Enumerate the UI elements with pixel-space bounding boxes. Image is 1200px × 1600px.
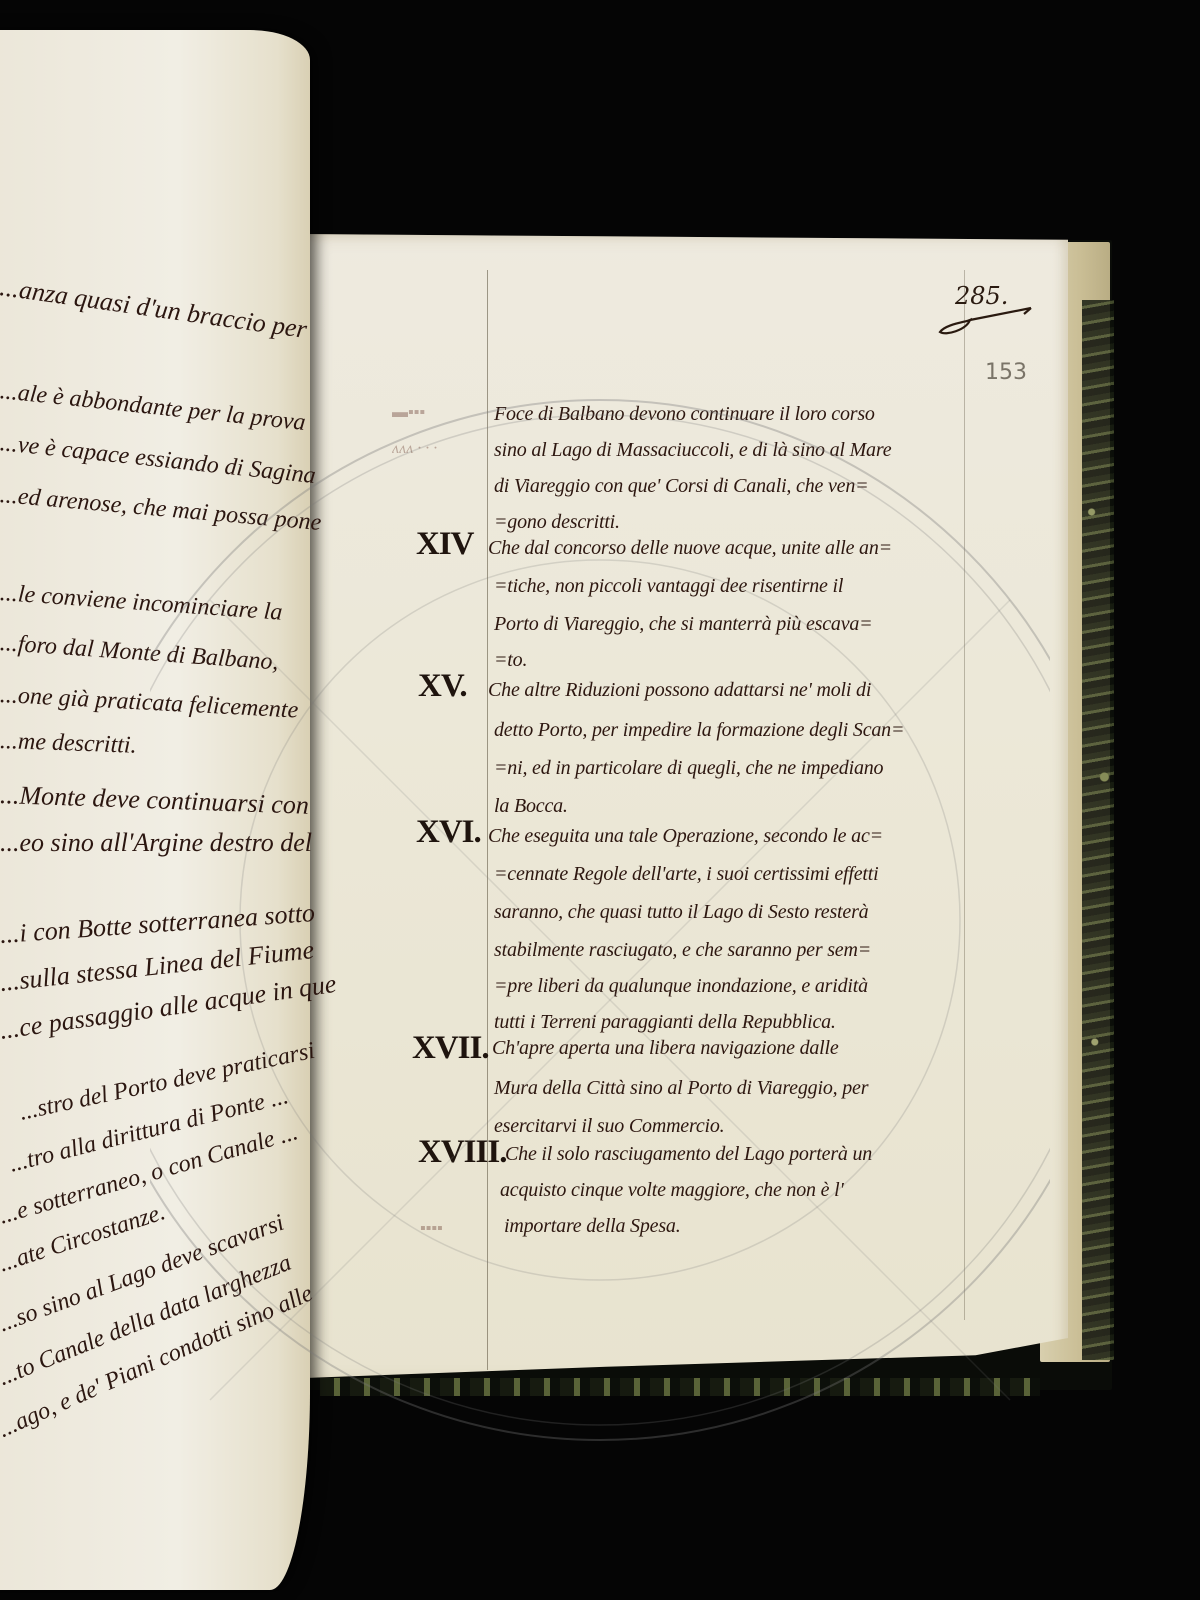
bleed-through-mark: ʌʌʌ · · · [392,440,437,458]
article-line: Ch'apre aperta una libera navigazione da… [492,1030,839,1066]
article-line: importare della Spesa. [504,1208,681,1244]
article-line: Porto di Viareggio, che si manterrà più … [494,606,872,642]
left-page-line: ...eo sino all'Argine destro del [0,828,312,858]
article-line: =cennate Regole dell'arte, i suoi certis… [494,856,879,892]
article-line: =tiche, non piccoli vantaggi dee risenti… [494,568,843,604]
article-line: Che il solo rasciugamento del Lago porte… [505,1136,872,1172]
opening-line: sino al Lago di Massaciuccoli, e di là s… [494,432,891,468]
article-line: Che eseguita una tale Operazione, second… [488,818,883,854]
article-numeral-xvi: XVI. [416,814,481,851]
article-line: detto Porto, per impedire la formazione … [494,712,904,748]
article-line: =pre liberi da qualunque inondazione, e … [494,968,868,1004]
article-line: =ni, ed in particolare di quegli, che ne… [494,750,883,786]
article-line: Mura della Città sino al Porto di Viareg… [494,1070,868,1106]
article-line: acquisto cinque volte maggiore, che non … [500,1172,844,1208]
article-numeral-xviii: XVIII. [418,1134,506,1171]
marbled-cover-edge-right [1082,300,1114,1360]
article-numeral-xv: XV. [418,668,467,705]
article-numeral-xiv: XIV [416,526,474,563]
article-line: saranno, che quasi tutto il Lago di Sest… [494,894,868,930]
opening-line: di Viareggio con que' Corsi di Canali, c… [494,468,868,504]
bleed-through-mark: ▪▪▪▪ [420,1220,443,1238]
article-line: Che altre Riduzioni possono adattarsi ne… [488,672,871,708]
left-page-line: ...me descritti. [0,728,137,760]
opening-line: Foce di Balbano devono continuare il lor… [494,396,875,432]
article-line: stabilmente rasciugato, e che saranno pe… [494,932,871,968]
marbled-cover-edge-bottom [320,1378,1040,1396]
folio-number-pencil: 153 [985,360,1027,385]
margin-rule-right [964,270,965,1320]
article-numeral-xvii: XVII. [412,1030,489,1067]
bleed-through-mark: ▬▪▪▪ [392,404,425,422]
article-line: Che dal concorso delle nuove acque, unit… [488,530,892,566]
folio-flourish [936,300,1036,340]
